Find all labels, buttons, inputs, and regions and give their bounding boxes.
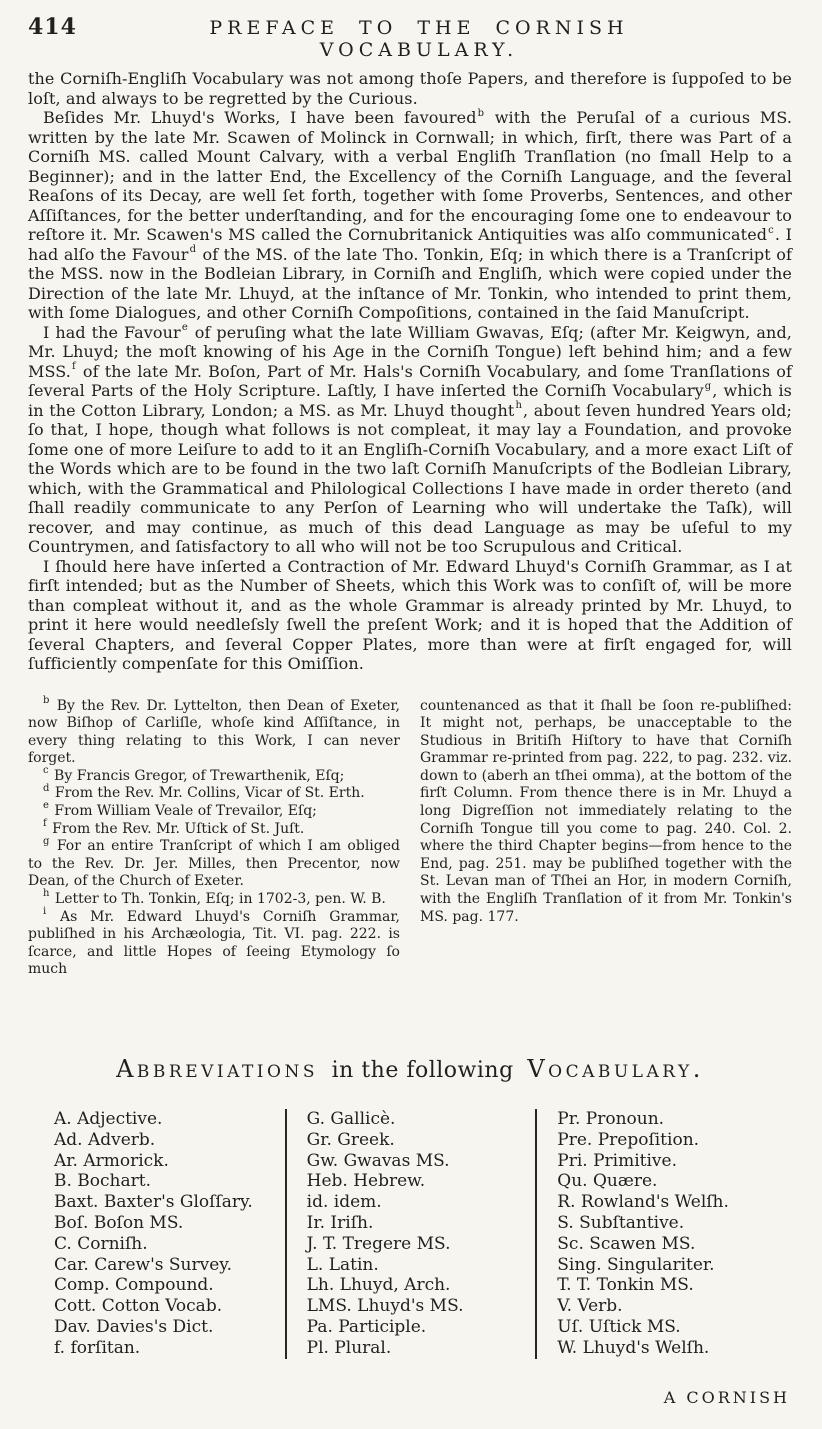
footnote-marker: e [182,322,188,333]
abbreviation-entry: Gw. Gwavas MS. [307,1151,536,1172]
abbreviation-entry: Uſ. Uſtick MS. [557,1317,786,1338]
abbreviations-heading-connector: in the following [332,1058,514,1083]
abbreviation-entry: J. T. Tregere MS. [307,1234,536,1255]
abbreviations-column-2: G. Gallicè.Gr. Greek.Gw. Gwavas MS.Heb. … [285,1109,536,1359]
footnote: i As Mr. Edward Lhuyd's Corniſh Grammar,… [28,909,400,979]
abbreviation-entry: Ir. Iriſh. [307,1213,536,1234]
footnote-marker: g [705,381,712,392]
abbreviation-entry: Comp. Compound. [54,1275,285,1296]
footnotes-left-column: b By the Rev. Dr. Lyttelton, then Dean o… [28,698,400,980]
footnote-marker: b [43,695,49,706]
abbreviation-entry: Pre. Prepoſition. [557,1130,786,1151]
footnote-marker: e [43,800,49,811]
abbreviation-entry: Dav. Davies's Dict. [54,1317,285,1338]
abbreviation-entry: Pl. Plural. [307,1338,536,1359]
abbreviation-entry: A. Adjective. [54,1109,285,1130]
footnote-marker: f [43,818,47,829]
abbreviations-heading-word: Abbreviations [116,1055,318,1083]
abbreviation-entry: C. Corniſh. [54,1234,285,1255]
abbreviation-entry: Baxt. Baxter's Gloſſary. [54,1192,285,1213]
page-footer: A CORNISH [664,1388,790,1407]
book-page: 414 PREFACE TO THE CORNISH VOCABULARY. t… [0,0,822,1429]
abbreviation-entry: Cott. Cotton Vocab. [54,1296,285,1317]
footnote: f From the Rev. Mr. Uſtick of St. Juſt. [28,821,400,839]
footnote: c By Francis Gregor, of Trewarthenik, Eſ… [28,768,400,786]
running-title: PREFACE TO THE CORNISH VOCABULARY. [106,17,792,61]
catchword: A CORNISH [664,1388,790,1407]
footnote: d From the Rev. Mr. Collins, Vicar of St… [28,785,400,803]
abbreviation-entry: Car. Carew's Survey. [54,1255,285,1276]
abbreviation-entry: f. forſitan. [54,1338,285,1359]
body-paragraph: the Corniſh-Engliſh Vocabulary was not a… [28,69,792,108]
abbreviation-entry: Sing. Singulariter. [557,1255,786,1276]
footnote-marker: h [43,888,49,899]
footnote-marker: i [43,906,46,917]
footnote: g For an entire Tranſcript of which I am… [28,838,400,891]
abbreviation-entry: T. T. Tonkin MS. [557,1275,786,1296]
body-paragraph: I ſhould here have inſerted a Contractio… [28,557,792,674]
footnote-marker: c [43,765,49,776]
abbreviation-entry: id. idem. [307,1192,536,1213]
abbreviation-entry: LMS. Lhuyd's MS. [307,1296,536,1317]
footnote-marker: f [72,361,76,372]
abbreviations-columns: A. Adjective.Ad. Adverb.Ar. Armorick.B. … [34,1109,786,1359]
abbreviation-entry: L. Latin. [307,1255,536,1276]
footnote-marker: d [43,783,49,794]
page-header: 414 PREFACE TO THE CORNISH VOCABULARY. [28,14,792,61]
abbreviation-entry: Lh. Lhuyd, Arch. [307,1275,536,1296]
abbreviations-heading: Abbreviations in the following Vocabular… [28,1055,792,1083]
abbreviation-entry: Pri. Primitive. [557,1151,786,1172]
body-paragraph: I had the Favoure of peruſing what the l… [28,323,792,557]
abbreviation-entry: Pr. Pronoun. [557,1109,786,1130]
footnote: h Letter to Th. Tonkin, Eſq; in 1702-3, … [28,891,400,909]
footnotes-section: b By the Rev. Dr. Lyttelton, then Dean o… [28,698,792,980]
footnotes-right-column: countenanced as that it ſhall be ſoon re… [420,698,792,980]
footnote-marker: g [43,836,49,847]
footnote-marker: c [768,225,774,236]
body-paragraph: Beſides Mr. Lhuyd's Works, I have been f… [28,108,792,323]
abbreviation-entry: V. Verb. [557,1296,786,1317]
footnote-marker: h [515,400,522,411]
abbreviation-entry: Qu. Quære. [557,1171,786,1192]
abbreviation-entry: Ar. Armorick. [54,1151,285,1172]
footnote: e From William Veale of Trevailor, Eſq; [28,803,400,821]
abbreviation-entry: Gr. Greek. [307,1130,536,1151]
abbreviations-heading-word: Vocabulary. [527,1055,704,1083]
abbreviations-section: Abbreviations in the following Vocabular… [28,1055,792,1359]
abbreviation-entry: Boſ. Boſon MS. [54,1213,285,1234]
abbreviation-entry: Pa. Participle. [307,1317,536,1338]
abbreviation-entry: S. Subſtantive. [557,1213,786,1234]
page-number: 414 [28,14,106,40]
abbreviation-entry: Ad. Adverb. [54,1130,285,1151]
footnote-marker: b [478,108,485,119]
abbreviations-column-3: Pr. Pronoun.Pre. Prepoſition.Pri. Primit… [535,1109,786,1359]
abbreviation-entry: R. Rowland's Welſh. [557,1192,786,1213]
abbreviation-entry: G. Gallicè. [307,1109,536,1130]
footnote-marker: d [190,244,197,255]
abbreviation-entry: Sc. Scawen MS. [557,1234,786,1255]
abbreviation-entry: Heb. Hebrew. [307,1171,536,1192]
footnote: b By the Rev. Dr. Lyttelton, then Dean o… [28,698,400,768]
abbreviation-entry: W. Lhuyd's Welſh. [557,1338,786,1359]
footnote: countenanced as that it ſhall be ſoon re… [420,698,792,927]
preface-body: the Corniſh-Engliſh Vocabulary was not a… [28,69,792,674]
abbreviations-column-1: A. Adjective.Ad. Adverb.Ar. Armorick.B. … [34,1109,285,1359]
abbreviation-entry: B. Bochart. [54,1171,285,1192]
